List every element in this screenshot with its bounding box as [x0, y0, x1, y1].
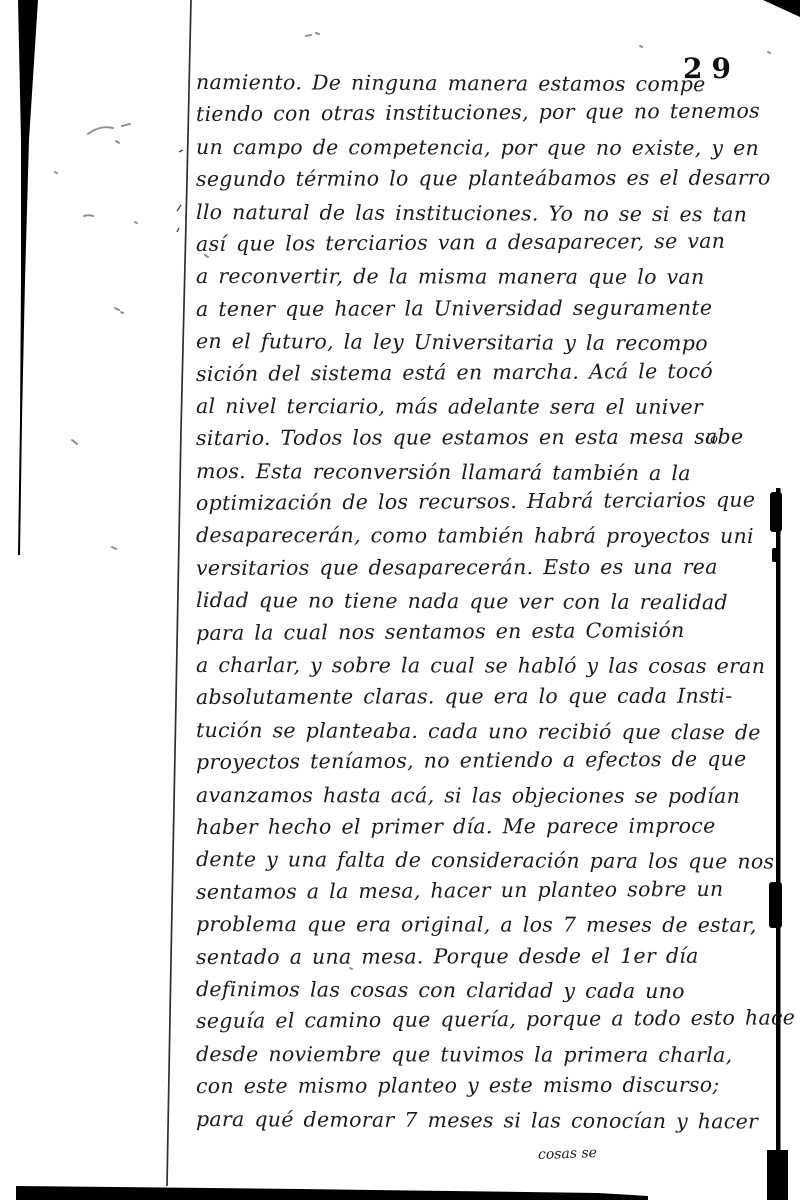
scanned-page: 29 namiento. De ninguna manera estamos c… [0, 0, 800, 1200]
interline-insertion-cosas-se: cosas se [538, 1145, 597, 1163]
handwritten-line: problema que era original, a los 7 meses… [196, 908, 796, 941]
margin-line-ticks [177, 150, 183, 232]
handwritten-line: para qué demorar 7 meses si las conocían… [196, 1103, 796, 1138]
handwritten-line: proyectos teníamos, no entiendo a efecto… [196, 743, 796, 779]
handwritten-line: a reconvertir, de la misma manera que lo… [196, 260, 796, 293]
handwritten-line: seguía el camino que quería, porque a to… [196, 1002, 796, 1038]
handwritten-line: optimización de los recursos. Habrá terc… [196, 483, 796, 519]
handwritten-line: con este mismo planteo y este mismo disc… [196, 1069, 796, 1103]
handwritten-line: sición del sistema está en marcha. Acá l… [196, 354, 796, 390]
handwritten-line: un campo de competencia, por que no exis… [196, 131, 796, 164]
top-right-corner-artifact [763, 0, 800, 17]
handwritten-line: versitarios que desaparecerán. Esto es u… [196, 550, 796, 584]
handwritten-line: haber hecho el primer día. Me parece imp… [196, 809, 796, 843]
handwritten-line: absolutamente claras. que era lo que cad… [196, 680, 796, 714]
handwritten-line: desaparecerán, como también habrá proyec… [196, 519, 796, 552]
handwritten-line: para la cual nos sentamos en esta Comisi… [196, 613, 796, 649]
margin-line [167, 0, 191, 1186]
handwritten-line: al nivel terciario, más adelante sera el… [196, 390, 796, 423]
handwritten-line: sentado a una mesa. Porque desde el 1er … [196, 939, 796, 973]
handwritten-line: avanzamos hasta acá, si las objeciones s… [196, 779, 796, 812]
handwritten-line: desde noviembre que tuvimos la primera c… [196, 1038, 796, 1071]
handwritten-line: tiendo con otras instituciones, por que … [196, 95, 796, 131]
handwritten-line: segundo término lo que planteábamos es e… [196, 162, 796, 196]
left-edge-scan-bar [18, 0, 38, 555]
handwritten-line: a charlar, y sobre la cual se habló y la… [196, 649, 796, 682]
handwritten-line: sentamos a la mesa, hacer un planteo sob… [196, 872, 796, 908]
bottom-edge-scan-bar [16, 1186, 648, 1200]
interline-insertion-lo: lo [706, 432, 718, 447]
handwritten-line: así que los terciarios van a desaparecer… [196, 224, 796, 260]
handwritten-line: a tener que hacer la Universidad seguram… [196, 291, 796, 325]
manuscript-text: namiento. De ninguna manera estamos comp… [196, 66, 796, 1135]
